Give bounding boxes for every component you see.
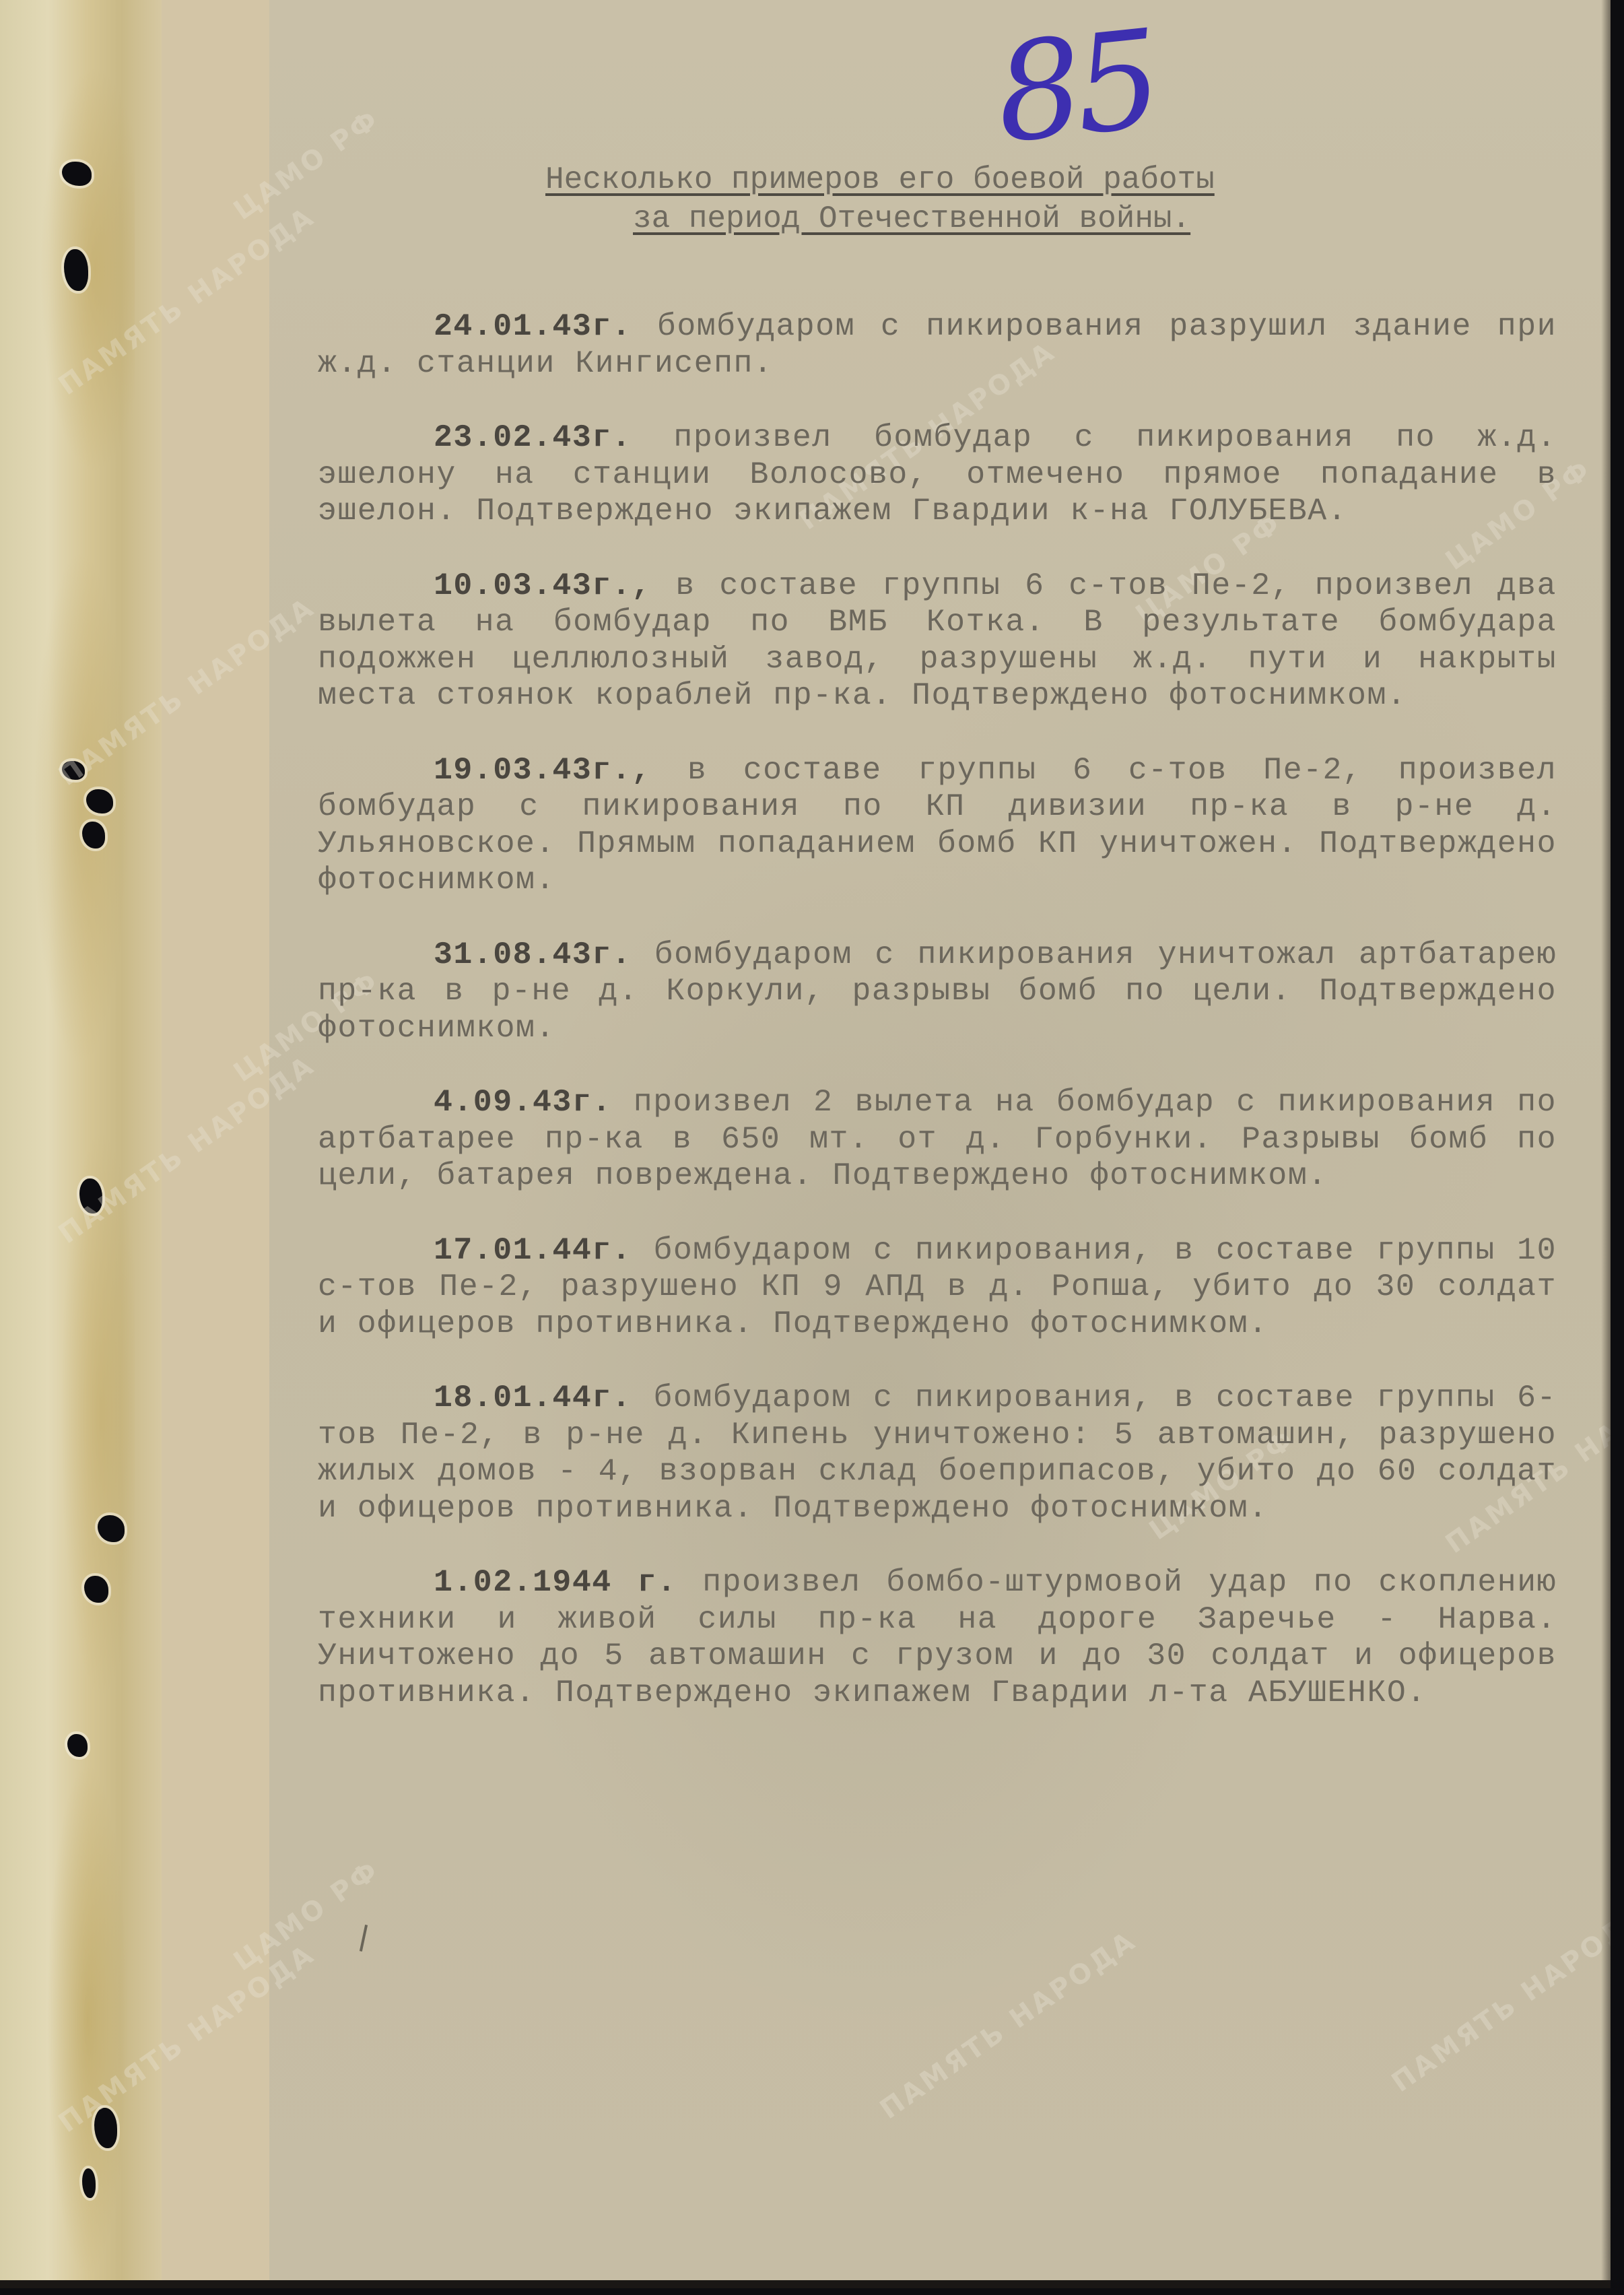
folio-number: 85 <box>990 12 1161 162</box>
entry-date: 18.01.44г. <box>434 1380 632 1416</box>
entry-date: 1.02.1944 г. <box>434 1564 677 1600</box>
entry-date: 10.03.43г., <box>434 568 651 603</box>
entry-date: 19.03.43г., <box>434 752 651 788</box>
archival-document-page: ЦАМО РФ ПАМЯТЬ НАРОДА ПАМЯТЬ НАРОДА ЦАМО… <box>0 0 1611 2288</box>
entry-date: 23.02.43г. <box>434 420 632 455</box>
combat-entry: 1.02.1944 г. произвел бомбо-штурмовой уд… <box>318 1564 1557 1711</box>
page-edge-shadow <box>1601 0 1611 2288</box>
entry-date: 24.01.43г. <box>434 308 632 344</box>
water-stain <box>20 0 135 2288</box>
combat-entry: 10.03.43г., в составе группы 6 с-тов Пе-… <box>318 568 1557 714</box>
combat-entry: 17.01.44г. бомбударом с пикирования, в с… <box>318 1232 1557 1343</box>
heading-line-1: Несколько примеров его боевой работы <box>532 160 1407 199</box>
entry-date: 17.01.44г. <box>434 1232 632 1268</box>
combat-entry: 31.08.43г. бомбударом с пикирования унич… <box>318 937 1557 1047</box>
combat-entry: 19.03.43г., в составе группы 6 с-тов Пе-… <box>318 752 1557 899</box>
document-heading: Несколько примеров его боевой работы за … <box>532 160 1407 238</box>
combat-entry: 4.09.43г. произвел 2 вылета на бомбудар … <box>318 1084 1557 1195</box>
combat-entry: 23.02.43г. произвел бомбудар с пикирован… <box>318 420 1557 530</box>
combat-entry: 18.01.44г. бомбударом с пикирования, в с… <box>318 1380 1557 1527</box>
punch-hole-icon <box>82 2168 96 2198</box>
combat-entry: 24.01.43г. бомбударом с пикирования разр… <box>318 308 1557 382</box>
heading-line-2: за период Отечественной войны. <box>532 199 1407 238</box>
entry-date: 4.09.43г. <box>434 1084 612 1120</box>
page-edge-shadow <box>0 2280 1611 2288</box>
combat-entries-list: 24.01.43г. бомбударом с пикирования разр… <box>318 308 1557 1711</box>
margin-strip <box>162 0 271 2288</box>
entry-date: 31.08.43г. <box>434 937 632 972</box>
